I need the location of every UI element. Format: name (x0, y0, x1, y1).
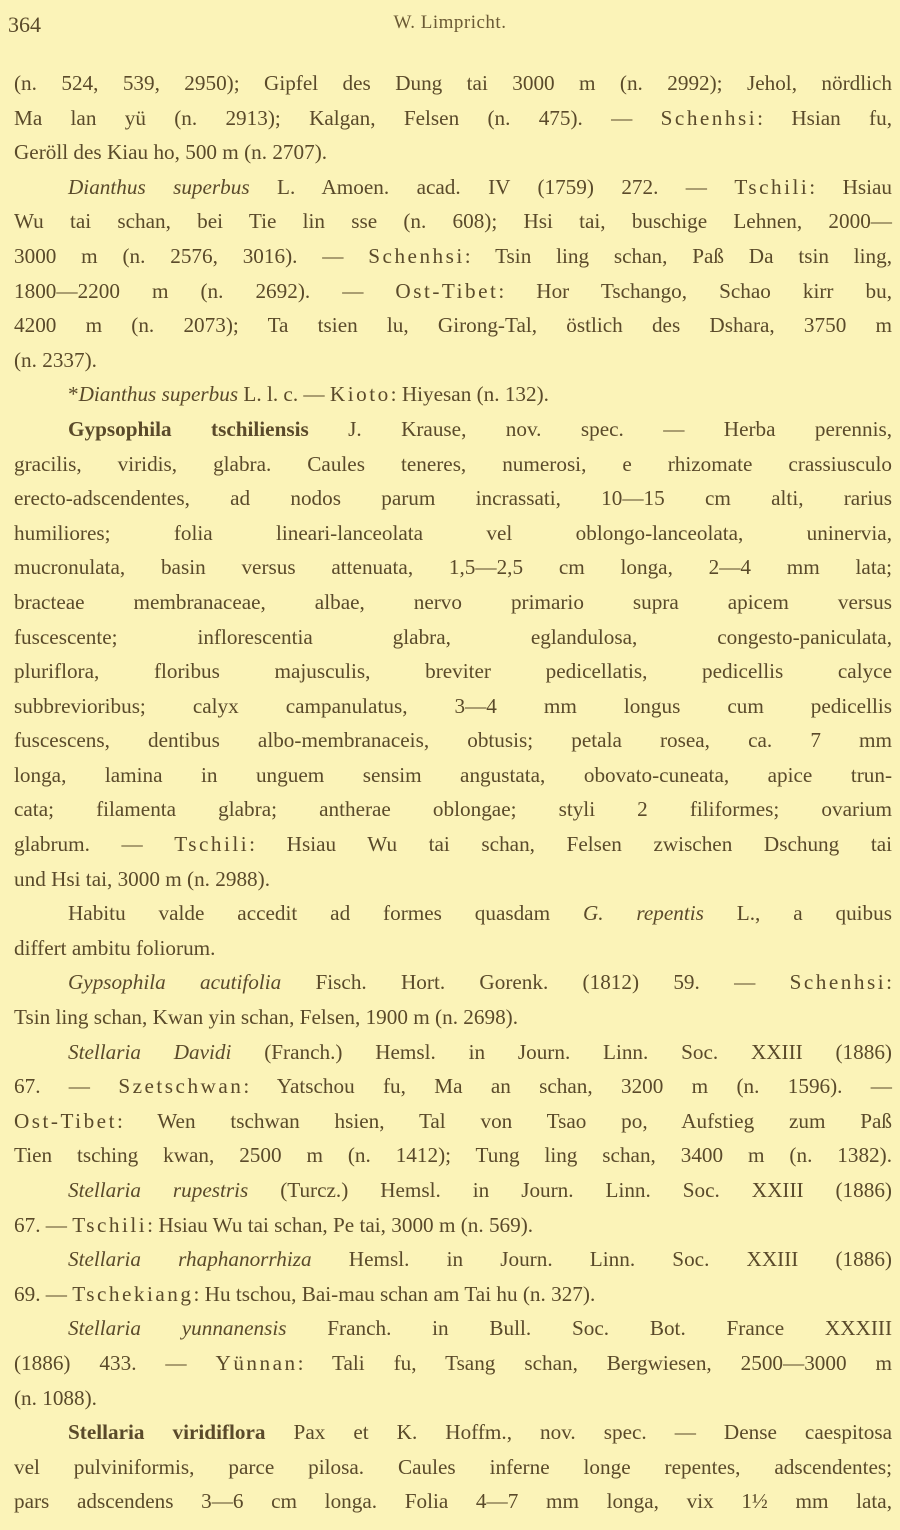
text-run: fuscescente; inflorescentia glabra, egla… (14, 625, 892, 649)
text-run: fuscescens, dentibus albo-membranaceis, … (14, 728, 892, 752)
text-run: Ma lan yü (n. 2913); Kalgan, Felsen (n. … (14, 106, 661, 130)
new-species-name: Stellaria viridiflora (68, 1420, 266, 1444)
text-line: Ost-Tibet: Wen tschwan hsien, Tal von Ts… (14, 1104, 892, 1139)
text-run: * (68, 382, 79, 406)
text-run: Tsin ling schan, Kwan yin schan, Felsen,… (14, 1005, 518, 1029)
region-name: Ost-Tibet (395, 279, 498, 303)
page-body: (n. 524, 539, 2950); Gipfel des Dung tai… (14, 66, 892, 1519)
text-run: 4200 m (n. 2073); Ta tsien lu, Girong-Ta… (14, 313, 892, 337)
text-run: und Hsi tai, 3000 m (n. 2988). (14, 867, 270, 891)
region-name: Szetschwan (118, 1074, 243, 1098)
region-name: Tschili (72, 1213, 147, 1237)
region-name: Schenhsi (661, 106, 758, 130)
text-line: Dianthus superbus L. Amoen. acad. IV (17… (14, 170, 892, 205)
text-run: gracilis, viridis, glabra. Caules tenere… (14, 452, 892, 476)
text-run: glabrum. — (14, 832, 174, 856)
text-line: Wu tai schan, bei Tie lin sse (n. 608); … (14, 204, 892, 239)
text-line: Stellaria rupestris (Turcz.) Hemsl. in J… (14, 1173, 892, 1208)
region-name: Tschili (174, 832, 249, 856)
text-run: Tien tsching kwan, 2500 m (n. 1412); Tun… (14, 1143, 892, 1167)
text-run: 69. — (14, 1282, 72, 1306)
region-name: Tschili (734, 175, 809, 199)
text-line: Tsin ling schan, Kwan yin schan, Felsen,… (14, 1000, 892, 1035)
text-run: : Hu tschou, Bai-mau schan am Tai hu (n.… (193, 1282, 595, 1306)
text-line: vel pulviniformis, parce pilosa. Caules … (14, 1450, 892, 1485)
taxon-name: Dianthus superbus (68, 175, 250, 199)
text-run: : Hsiau (809, 175, 892, 199)
text-line: erecto-adscendentes, ad nodos parum incr… (14, 481, 892, 516)
text-run: bracteae membranaceae, albae, nervo prim… (14, 590, 892, 614)
text-run: (n. 2337). (14, 348, 97, 372)
text-line: und Hsi tai, 3000 m (n. 2988). (14, 862, 892, 897)
text-run: : Hiyesan (n. 132). (391, 382, 549, 406)
text-line: 4200 m (n. 2073); Ta tsien lu, Girong-Ta… (14, 308, 892, 343)
text-line: (n. 2337). (14, 343, 892, 378)
region-name: Ost-Tibet (14, 1109, 117, 1133)
text-run: 1800—2200 m (n. 2692). — (14, 279, 395, 303)
page-header: 364 W. Limpricht. (0, 10, 900, 40)
text-run: L. Amoen. acad. IV (1759) 272. — (250, 175, 735, 199)
text-line: 69. — Tschekiang: Hu tschou, Bai-mau sch… (14, 1277, 892, 1312)
text-run: : Hsiau Wu tai schan, Felsen zwischen Ds… (249, 832, 892, 856)
text-run: L. l. c. — (238, 382, 330, 406)
text-line: fuscescens, dentibus albo-membranaceis, … (14, 723, 892, 758)
new-species-name: Gypsophila tschiliensis (68, 417, 309, 441)
region-name: Tschekiang (72, 1282, 193, 1306)
taxon-name: Stellaria Davidi (68, 1040, 231, 1064)
text-run: Wu tai schan, bei Tie lin sse (n. 608); … (14, 209, 892, 233)
text-line: Gypsophila tschiliensis J. Krause, nov. … (14, 412, 892, 447)
text-run: Habitu valde accedit ad formes quasdam (68, 901, 583, 925)
text-line: pluriflora, floribus majusculis, brevite… (14, 654, 892, 689)
text-run: J. Krause, nov. spec. — Herba perennis, (309, 417, 892, 441)
text-line: fuscescente; inflorescentia glabra, egla… (14, 620, 892, 655)
text-line: Stellaria yunnanensis Franch. in Bull. S… (14, 1311, 892, 1346)
text-run: (Turcz.) Hemsl. in Journ. Linn. Soc. XXI… (248, 1178, 892, 1202)
text-line: Stellaria Davidi (Franch.) Hemsl. in Jou… (14, 1035, 892, 1070)
document-page: 364 W. Limpricht. (n. 524, 539, 2950); G… (0, 0, 900, 1530)
text-run: longa, lamina in unguem sensim angustata… (14, 763, 892, 787)
region-name: Kioto (330, 382, 391, 406)
text-run: : Wen tschwan hsien, Tal von Tsao po, Au… (117, 1109, 892, 1133)
text-line: (1886) 433. — Yünnan: Tali fu, Tsang sch… (14, 1346, 892, 1381)
text-run: mucronulata, basin versus attenuata, 1,5… (14, 555, 892, 579)
text-line: subbrevioribus; calyx campanulatus, 3—4 … (14, 689, 892, 724)
running-head: W. Limpricht. (0, 12, 900, 34)
text-run: cata; filamenta glabra; antherae oblonga… (14, 797, 892, 821)
region-name: Schenhsi (368, 244, 465, 268)
text-run: vel pulviniformis, parce pilosa. Caules … (14, 1455, 892, 1479)
text-run: subbrevioribus; calyx campanulatus, 3—4 … (14, 694, 892, 718)
text-run: : Tsin ling schan, Paß Da tsin ling, (465, 244, 892, 268)
text-run: Pax et K. Hoffm., nov. spec. — Dense cae… (266, 1420, 892, 1444)
text-line: differt ambitu foliorum. (14, 931, 892, 966)
text-line: 67. — Tschili: Hsiau Wu tai schan, Pe ta… (14, 1208, 892, 1243)
taxon-name: Stellaria rhaphanorrhiza (68, 1247, 312, 1271)
taxon-name: Stellaria yunnanensis (68, 1316, 287, 1340)
text-run: (n. 524, 539, 2950); Gipfel des Dung tai… (14, 71, 892, 95)
text-run: Hemsl. in Journ. Linn. Soc. XXIII (1886) (312, 1247, 892, 1271)
text-line: Tien tsching kwan, 2500 m (n. 1412); Tun… (14, 1138, 892, 1173)
text-run: (n. 1088). (14, 1386, 97, 1410)
text-run: pars adscendens 3—6 cm longa. Folia 4—7 … (14, 1489, 892, 1513)
text-line: bracteae membranaceae, albae, nervo prim… (14, 585, 892, 620)
text-run: (Franch.) Hemsl. in Journ. Linn. Soc. XX… (231, 1040, 892, 1064)
text-run: Fisch. Hort. Gorenk. (1812) 59. — (281, 970, 789, 994)
text-line: Ma lan yü (n. 2913); Kalgan, Felsen (n. … (14, 101, 892, 136)
text-line: Geröll des Kiau ho, 500 m (n. 2707). (14, 135, 892, 170)
text-run: 67. — (14, 1213, 72, 1237)
text-run: : Hor Tschango, Schao kirr bu, (498, 279, 892, 303)
text-run: (1886) 433. — (14, 1351, 216, 1375)
text-run: : Tali fu, Tsang schan, Bergwiesen, 2500… (298, 1351, 892, 1375)
text-run: : Yatschou fu, Ma an schan, 3200 m (n. 1… (243, 1074, 892, 1098)
text-line: 67. — Szetschwan: Yatschou fu, Ma an sch… (14, 1069, 892, 1104)
text-run: 3000 m (n. 2576, 3016). — (14, 244, 368, 268)
text-line: (n. 524, 539, 2950); Gipfel des Dung tai… (14, 66, 892, 101)
region-name: Yünnan (216, 1351, 298, 1375)
text-line: pars adscendens 3—6 cm longa. Folia 4—7 … (14, 1484, 892, 1519)
text-line: 1800—2200 m (n. 2692). — Ost-Tibet: Hor … (14, 274, 892, 309)
taxon-name: Dianthus superbus (79, 382, 239, 406)
text-line: (n. 1088). (14, 1381, 892, 1416)
text-run: : Hsian fu, (757, 106, 892, 130)
text-line: humiliores; folia lineari-lanceolata vel… (14, 516, 892, 551)
text-line: cata; filamenta glabra; antherae oblonga… (14, 792, 892, 827)
text-line: *Dianthus superbus L. l. c. — Kioto: Hiy… (14, 377, 892, 412)
taxon-name: Stellaria rupestris (68, 1178, 248, 1202)
text-run: L., a quibus (704, 901, 892, 925)
text-run: 67. — (14, 1074, 118, 1098)
text-line: Stellaria rhaphanorrhiza Hemsl. in Journ… (14, 1242, 892, 1277)
text-run: Franch. in Bull. Soc. Bot. France XXXIII (287, 1316, 893, 1340)
region-name: Schenhsi (790, 970, 887, 994)
text-line: mucronulata, basin versus attenuata, 1,5… (14, 550, 892, 585)
text-run: : Hsiau Wu tai schan, Pe tai, 3000 m (n.… (147, 1213, 533, 1237)
text-run: Geröll des Kiau ho, 500 m (n. 2707). (14, 140, 327, 164)
text-run: erecto-adscendentes, ad nodos parum incr… (14, 486, 892, 510)
text-line: 3000 m (n. 2576, 3016). — Schenhsi: Tsin… (14, 239, 892, 274)
taxon-name: G. repentis (583, 901, 704, 925)
text-line: Stellaria viridiflora Pax et K. Hoffm., … (14, 1415, 892, 1450)
text-line: gracilis, viridis, glabra. Caules tenere… (14, 447, 892, 482)
taxon-name: Gypsophila acutifolia (68, 970, 281, 994)
text-run: pluriflora, floribus majusculis, brevite… (14, 659, 892, 683)
text-run: humiliores; folia lineari-lanceolata vel… (14, 521, 892, 545)
text-line: longa, lamina in unguem sensim angustata… (14, 758, 892, 793)
text-line: Gypsophila acutifolia Fisch. Hort. Goren… (14, 965, 892, 1000)
text-line: glabrum. — Tschili: Hsiau Wu tai schan, … (14, 827, 892, 862)
text-run: differt ambitu foliorum. (14, 936, 215, 960)
text-run: : (886, 970, 892, 994)
text-line: Habitu valde accedit ad formes quasdam G… (14, 896, 892, 931)
